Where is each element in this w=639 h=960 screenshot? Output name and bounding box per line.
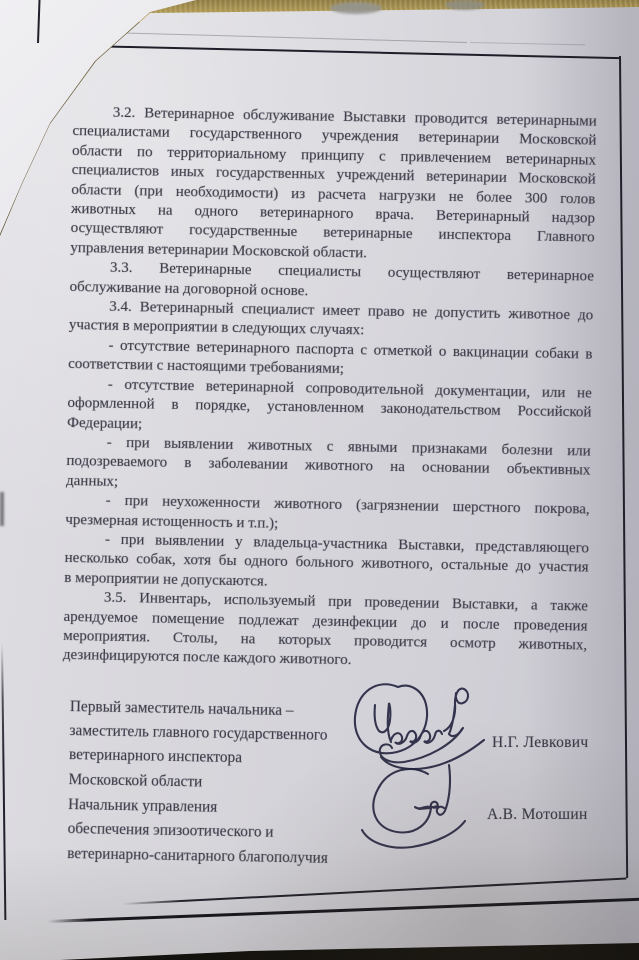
bullet-documentation: - отсутствие ветеринарной сопроводительн…: [67, 375, 592, 443]
signatory-title-line: ветеринарно-санитарного благополучия: [67, 842, 407, 873]
page-fold-crease: [72, 31, 467, 43]
underlying-sheet-border-line: [37, 0, 41, 43]
paragraph-3-5: 3.5. Инвентарь, используемый при проведе…: [63, 588, 588, 675]
document-text: 3.2. Ветеринарное обслуживание Выставки …: [59, 103, 597, 875]
bullet-illness: - при выявлении животных с явными призна…: [66, 433, 591, 501]
stain-mark: [445, 0, 485, 10]
paragraph-3-2: 3.2. Ветеринарное обслуживание Выставки …: [70, 103, 597, 268]
signatory-name: А.В. Мотошин: [487, 806, 588, 824]
document-page: 3.2. Ветеринарное обслуживание Выставки …: [0, 0, 639, 960]
page-border-right: [619, 56, 628, 878]
page-border-left: [1, 644, 6, 920]
page-border-bottom: [122, 877, 626, 904]
signatory-name: Н.Г. Левкович: [492, 734, 588, 752]
signatory-block-deputy-head: Первый заместитель начальника – заместит…: [68, 695, 410, 798]
bullet-owner: - при выявлении у владельца-участника Вы…: [64, 530, 589, 598]
edge-shadow-sliver: [0, 492, 4, 526]
document-photo: 3.2. Ветеринарное обслуживание Выставки …: [0, 0, 639, 960]
page-border-top: [40, 44, 620, 59]
signatory-block-department-head: Начальник управления обеспечения эпизоот…: [67, 793, 408, 872]
stain-mark: [330, 2, 382, 14]
page-fold-crease: [470, 42, 585, 45]
